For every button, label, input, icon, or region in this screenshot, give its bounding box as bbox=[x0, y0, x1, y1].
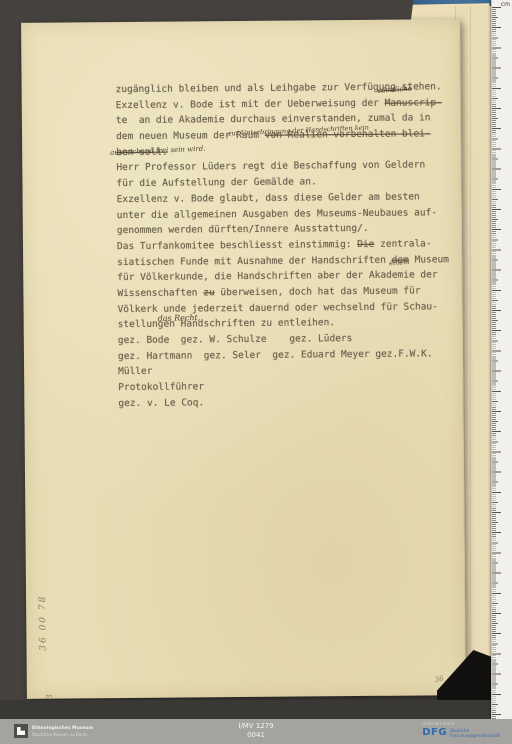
typed-segment: Museum bbox=[409, 254, 449, 265]
typed-segment: Wissenschaften bbox=[117, 287, 203, 299]
typed-line: Herr Professor Lüders regt die Beschaffu… bbox=[116, 157, 468, 176]
measurement-ruler: cm bbox=[491, 0, 512, 744]
typed-segment: siatischen Funde mit Ausnahme der Handsc… bbox=[117, 254, 392, 267]
dfg-full-name: Deutsche Forschungsgemeinschaft bbox=[450, 728, 500, 738]
handwritten-annotation: das Recht, bbox=[158, 313, 201, 323]
ruler-ticks-cm bbox=[492, 7, 501, 744]
typed-segment: unter die allgemeinen Ausgaben des Museu… bbox=[117, 207, 437, 221]
dfg-logo: DFG bbox=[422, 727, 447, 738]
typed-segment: gez. v. Le Coq. bbox=[118, 397, 204, 409]
struck-segment: Die bbox=[357, 239, 374, 250]
typed-line: unter die allgemeinen Ausgaben des Museu… bbox=[117, 205, 469, 224]
ruler-unit-label: cm bbox=[501, 1, 510, 8]
scan-viewer: zugänglich bleiben und als Leihgabe zur … bbox=[0, 0, 512, 744]
typed-segment: genommen werden dürften/Innere Ausstattu… bbox=[117, 223, 369, 236]
board-bottom bbox=[0, 700, 512, 720]
typed-line: gez. v. Le Coq. bbox=[118, 393, 470, 412]
struck-segment: Manuscrip- bbox=[385, 97, 442, 108]
typed-segment: Protokollführer bbox=[118, 381, 204, 393]
handwritten-annotation: einem bbox=[389, 258, 410, 267]
typed-segment: gez. Bode gez. W. Schulze gez. Lüders bbox=[118, 333, 353, 346]
typed-segment: Müller bbox=[118, 366, 152, 377]
typed-segment: für die Aufstellung der Gemälde an. bbox=[116, 176, 316, 189]
dfg-name-line2: Forschungsgemeinschaft bbox=[450, 733, 500, 738]
typed-segment: te an die Akademie durchaus einverstande… bbox=[116, 113, 431, 127]
viewer-footer-bar: Ethnologisches Museum Staatliche Museen … bbox=[0, 719, 512, 744]
typed-segment: Völkerk unde jederzeit dauernd oder wech… bbox=[118, 301, 438, 315]
typed-segment: Herr Professor Lüders regt die Beschaffu… bbox=[116, 160, 425, 174]
dfg-branding: Gefördert durch DFG Deutsche Forschungsg… bbox=[422, 721, 500, 738]
corner-pencil-mark: 36 bbox=[434, 675, 444, 684]
typed-segment: für Völkerkunde, die Handschriften aber … bbox=[117, 270, 437, 284]
typed-segment: Exzellenz v. Bode ist mit der Ueberweisu… bbox=[116, 97, 385, 110]
margin-pencil-number: 36 00 78 bbox=[38, 595, 48, 651]
typed-segment: stellungen Handschriften zu entleihen. bbox=[118, 318, 335, 331]
typed-segment: überweisen, doch hat das Museum für bbox=[215, 285, 421, 298]
typed-segment: gez. Hartmann gez. Seler gez. Eduard Mey… bbox=[118, 348, 433, 362]
struck-segment: zu bbox=[203, 287, 215, 298]
typed-segment: Das Turfankomitee beschliesst einstimmig… bbox=[117, 239, 357, 252]
typed-segment: Exzellenz v. Bode glaubt, dass diese Gel… bbox=[117, 191, 420, 205]
document-page: zugänglich bleiben und als Leihgabe zur … bbox=[21, 19, 466, 699]
typed-segment: zentrala- bbox=[374, 238, 431, 249]
